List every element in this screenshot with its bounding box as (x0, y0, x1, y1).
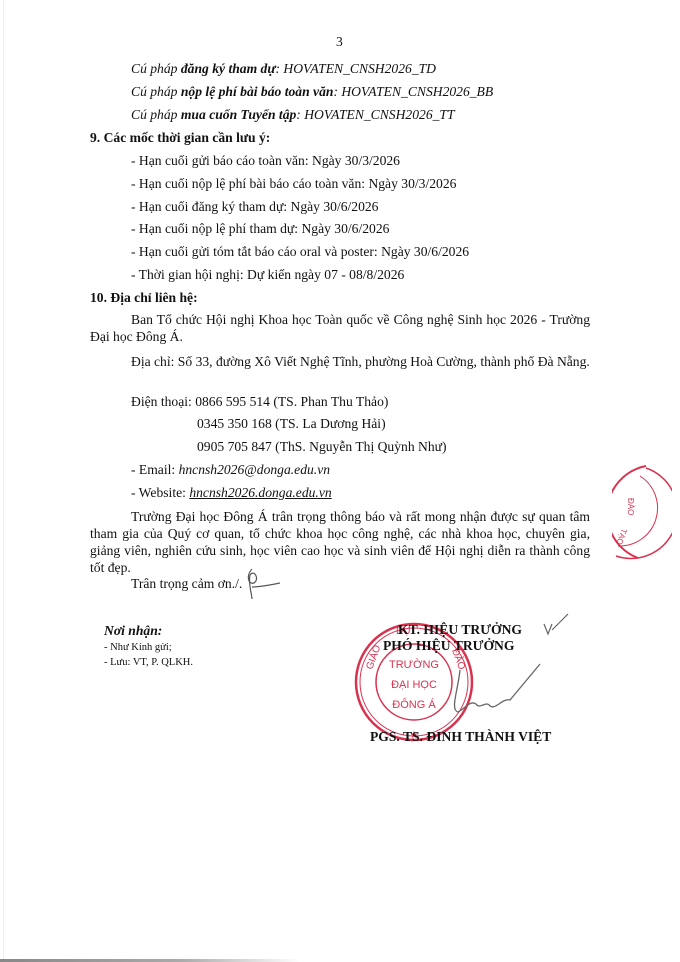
deadline-item: - Hạn cuối nộp lệ phí tham dự: Ngày 30/6… (131, 220, 389, 238)
address-text: Địa chỉ: Số 33, đường Xô Viết Nghệ Tĩnh,… (131, 354, 590, 369)
deadline-item: - Hạn cuối đăng ký tham dự: Ngày 30/6/20… (131, 198, 378, 216)
syntax-prefix: Cú pháp (131, 107, 181, 122)
address-paragraph: Địa chỉ: Số 33, đường Xô Viết Nghệ Tĩnh,… (90, 353, 590, 370)
svg-text:TRƯỜNG: TRƯỜNG (389, 658, 439, 671)
website-line: - Website: hncnsh2026.donga.edu.vn (131, 484, 332, 502)
section-10-heading: 10. Địa chỉ liên hệ: (90, 289, 198, 307)
svg-text:ĐẠI HỌC: ĐẠI HỌC (391, 679, 437, 691)
phone-line-1: Điện thoại: 0866 595 514 (TS. Phan Thu T… (131, 393, 388, 411)
website-label: - Website: (131, 485, 189, 500)
phone-label: Điện thoại: (131, 394, 195, 409)
syntax-code: : HOVATEN_CNSH2026_TD (276, 61, 437, 76)
deadline-item: - Thời gian hội nghị: Dự kiến ngày 07 - … (131, 266, 404, 284)
organizer-paragraph: Ban Tổ chức Hội nghị Khoa học Toàn quốc … (90, 311, 590, 345)
email-label: - Email: (131, 462, 179, 477)
scan-edge (3, 0, 4, 962)
syntax-line-registration: Cú pháp đăng ký tham dự: HOVATEN_CNSH202… (131, 60, 436, 78)
syntax-bold: đăng ký tham dự (181, 61, 276, 76)
section-9-heading: 9. Các mốc thời gian cần lưu ý: (90, 129, 270, 147)
syntax-line-paper-fee: Cú pháp nộp lệ phí bài báo toàn văn: HOV… (131, 83, 493, 101)
email-link[interactable]: hncnsh2026@donga.edu.vn (179, 462, 330, 477)
syntax-prefix: Cú pháp (131, 61, 181, 76)
phone-line-3: 0905 705 847 (ThS. Nguyễn Thị Quỳnh Như) (197, 438, 447, 456)
website-link[interactable]: hncnsh2026.donga.edu.vn (189, 485, 331, 500)
signatory-name: PGS. TS. ĐINH THÀNH VIỆT (370, 729, 551, 745)
svg-text:ĐÀO: ĐÀO (626, 498, 635, 515)
closing-paragraph: Trường Đại học Đông Á trân trọng thông b… (90, 508, 590, 576)
deadline-item: - Hạn cuối gửi báo cáo toàn văn: Ngày 30… (131, 152, 400, 170)
approval-tick-icon (540, 612, 570, 636)
deadline-item: - Hạn cuối nộp lệ phí bài báo cáo toàn v… (131, 175, 456, 193)
phone-contact: 0866 595 514 (TS. Phan Thu Thảo) (195, 394, 388, 409)
syntax-code: : HOVATEN_CNSH2026_TT (296, 107, 454, 122)
recipient-item: - Lưu: VT, P. QLKH. (104, 656, 193, 670)
initial-signature-icon (240, 565, 280, 601)
edge-seal-icon: ĐÀO TẠO (612, 462, 672, 562)
thanks-line: Trân trọng cảm ơn./. (131, 575, 242, 593)
syntax-code: : HOVATEN_CNSH2026_BB (333, 84, 493, 99)
document-page: 3 Cú pháp đăng ký tham dự: HOVATEN_CNSH2… (0, 0, 680, 962)
recipients-heading: Nơi nhận: (104, 622, 162, 640)
organizer-text: Ban Tổ chức Hội nghị Khoa học Toàn quốc … (90, 312, 590, 344)
signature-icon (440, 660, 550, 720)
syntax-bold: nộp lệ phí bài báo toàn văn (181, 84, 334, 99)
svg-text:TẠO: TẠO (614, 527, 628, 546)
email-line: - Email: hncnsh2026@donga.edu.vn (131, 461, 330, 479)
phone-line-2: 0345 350 168 (TS. La Dương Hải) (197, 415, 386, 433)
recipient-item: - Như Kính gửi; (104, 641, 172, 655)
syntax-bold: mua cuốn Tuyển tập (181, 107, 296, 122)
syntax-prefix: Cú pháp (131, 84, 181, 99)
signature-title-line-2: PHÓ HIỆU TRƯỞNG (383, 638, 514, 654)
deadline-item: - Hạn cuối gửi tóm tắt báo cáo oral và p… (131, 243, 469, 261)
signature-title-line-1: KT. HIỆU TRƯỞNG (398, 622, 522, 638)
svg-text:ĐÔNG Á: ĐÔNG Á (392, 698, 436, 711)
syntax-line-proceedings: Cú pháp mua cuốn Tuyển tập: HOVATEN_CNSH… (131, 106, 455, 124)
closing-text: Trường Đại học Đông Á trân trọng thông b… (90, 509, 590, 575)
page-number: 3 (336, 33, 343, 51)
